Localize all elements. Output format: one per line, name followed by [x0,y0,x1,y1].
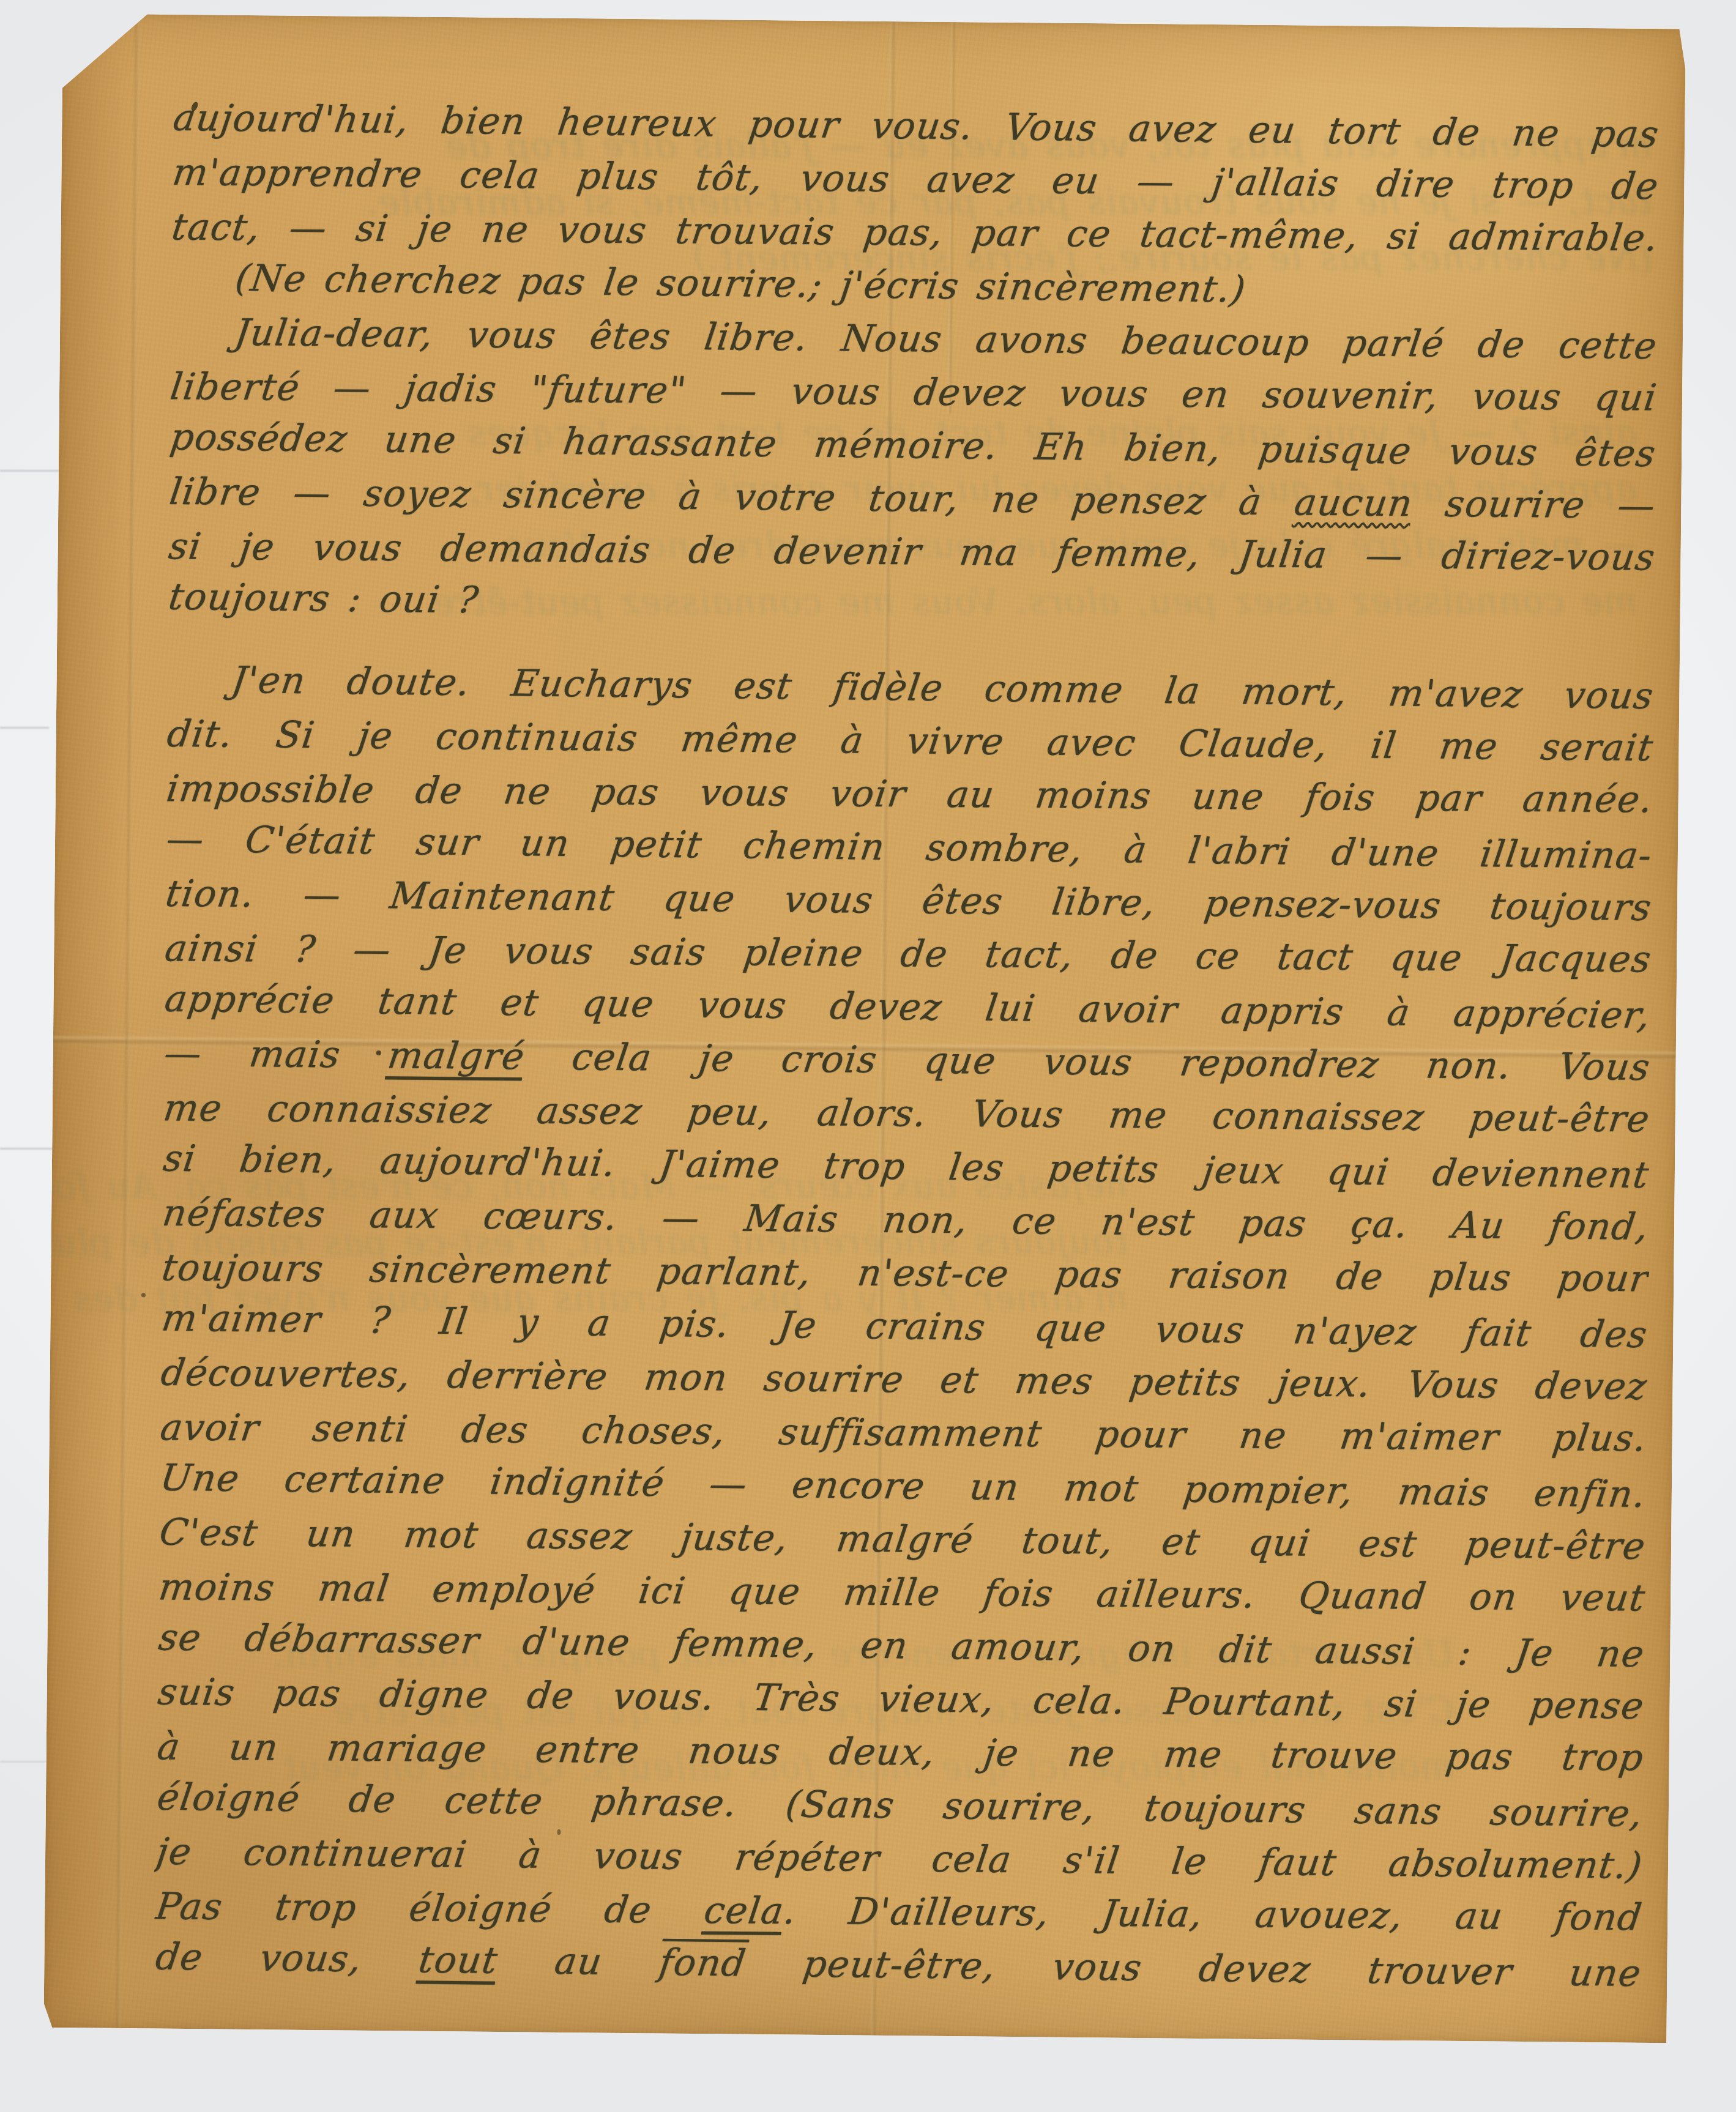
handwritten-text: aujourd'hui, bien heureux pour vous. Vou… [171,97,1662,156]
handwritten-text: m'aimer ? Il y a pis. Je crains que vous… [159,1297,1650,1356]
handwritten-text: cela je crois que vous repondrez non. Vo… [522,1035,1653,1089]
handwritten-text: me connaissiez assez peu, alors. Vous me… [161,1087,1653,1140]
underlined-word: tout [416,1938,501,1982]
letter-paragraph: aujourd'hui, bien heureux pour vous. Vou… [168,93,1659,639]
handwritten-text: au [495,1939,663,1984]
vertical-crease-left [116,14,140,2028]
underlined-word: aucun [1292,481,1415,525]
handwritten-text: impossible de ne pas vous voir au moins … [164,767,1656,821]
handwritten-text: peut-être, vous devez trouver une [743,1942,1644,1995]
handwritten-text: moins mal employé ici que mille fois ail… [157,1566,1648,1619]
scanner-artifact-line [0,470,59,472]
handwritten-text: . D'ailleurs, Julia, avouez, au fond [781,1890,1645,1939]
handwritten-text: découvertes, derrière mon sourire et mes… [158,1352,1650,1408]
handwritten-text: suis pas digne de vous. Très vieux, cela… [155,1671,1647,1728]
letter-page: m'apprendre cela plus tôt, vous avez eu … [43,13,1685,2043]
handwritten-text: toujours sincèrement parlant, n'est-ce p… [160,1246,1652,1300]
ink-speck [141,1293,146,1297]
handwritten-text: J'en doute. Eucharys est fidèle comme la… [229,659,1656,718]
handwritten-text: tact, — si je ne vous trouvais pas, par … [170,206,1661,259]
handwritten-text: tion. — Maintenant que vous êtes libre, … [163,872,1655,929]
scanned-letter-screenshot: { "scan": { "background_color": "#eef0f1… [0,0,1736,2112]
letter-paragraph: J'en doute. Eucharys est fidèle comme la… [155,655,1654,1999]
handwritten-text: possédez une si harassante mémoire. Eh b… [168,416,1659,475]
handwritten-text: se débarrasser d'une femme, en amour, on… [156,1616,1647,1676]
handwritten-text: à un mariage entre nous deux, je ne me t… [155,1725,1647,1779]
underlined-word: fond [657,1941,749,1985]
handwritten-text: — C'était sur un petit chemin sombre, à … [164,818,1655,877]
handwritten-text: si je vous demandais de devenir ma femme… [166,525,1658,579]
handwritten-text: toujours : oui ? [166,576,482,622]
underlined-word: cela [701,1889,786,1933]
handwritten-text: (Ne cherchez pas le sourire.; j'écris si… [233,257,1248,311]
handwritten-text: éloigné de cette phrase. (Sans sourire, … [155,1776,1646,1835]
letter-body: aujourd'hui, bien heureux pour vous. Vou… [155,93,1660,1999]
handwritten-text: libre — soyez sincère à votre tour, ne p… [167,470,1298,524]
underlined-word: malgré [385,1034,527,1078]
handwritten-text: Une certaine indignité — encore un mot p… [158,1457,1649,1516]
handwritten-text: — mais [162,1032,391,1077]
handwritten-text: m'apprendre cela plus tôt, vous avez eu … [170,151,1661,208]
handwritten-text: C'est un mot assez juste, malgré tout, e… [157,1511,1648,1568]
scanner-artifact-line [0,727,49,729]
handwritten-text: sourire — [1410,482,1658,527]
handwritten-text: dit. Si je continuais même à vivre avec … [165,713,1656,770]
handwritten-text: ainsi ? — Je vous sais pleine de tact, d… [163,927,1655,981]
handwritten-text: de vous, [153,1936,422,1982]
handwritten-text: Pas trop éloigné de [153,1885,707,1932]
handwritten-text: liberté — jadis "future" — vous devez vo… [168,365,1660,419]
handwritten-text: néfastes aux cœurs. — Mais non, ce n'est… [160,1192,1652,1249]
handwritten-text: je continuerai à vous répéter cela s'il … [154,1831,1645,1887]
handwritten-text: avoir senti des choses, suffisamment pou… [158,1406,1650,1460]
handwritten-text: apprécie tant et que vous devez lui avoi… [162,978,1653,1037]
handwritten-text: si bien, aujourd'hui. J'aime trop les pe… [161,1137,1652,1197]
handwritten-text: Julia-dear, vous êtes libre. Nous avons … [232,311,1660,368]
